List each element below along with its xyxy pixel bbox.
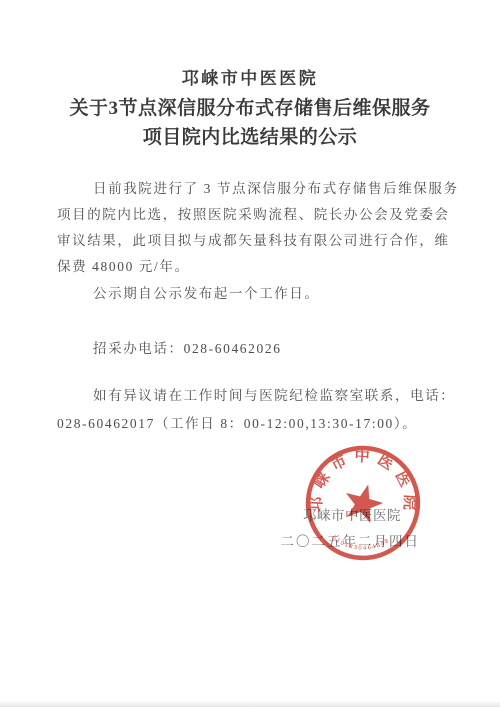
star-icon (340, 479, 387, 525)
body-text-line: 项目的院内比选，按照医院采购流程、院长办公会及党委会 (57, 202, 449, 228)
paragraph-objection-contact: 如有异议请在工作时间与医院纪检监察室联系，电话： 028-60462017（工作… (57, 382, 449, 438)
body-text-line: 保费 48000 元/年。 (57, 254, 449, 280)
hospital-name-title: 邛崃市中医医院 (0, 64, 500, 89)
page-edge-shadow (0, 701, 500, 707)
body-text-line: 如有异议请在工作时间与医院纪检监察室联系，电话： (57, 382, 449, 410)
notice-title-line-1: 关于3节点深信服分布式存储售后维保服务 (0, 93, 500, 120)
official-seal: 邛崃市中医医院 5101830464848 (299, 439, 427, 567)
paragraph-publicity-period: 公示期自公示发布起一个工作日。 (57, 281, 449, 307)
paragraph-selection-result: 日前我院进行了 3 节点深信服分布式存储售后维保服务 项目的院内比选，按照医院采… (57, 176, 449, 280)
body-text-line: 028-60462017（工作日 8：00-12:00,13:30-17:00）… (57, 410, 449, 438)
body-text-line: 日前我院进行了 3 节点深信服分布式存储售后维保服务 (57, 176, 449, 202)
paragraph-procurement-phone: 招采办电话：028-60462026 (57, 336, 449, 362)
body-text-line: 审议结果，此项目拟与成都矢量科技有限公司进行合作，维 (57, 228, 449, 254)
notice-title-line-2: 项目院内比选结果的公示 (0, 122, 500, 149)
document-page: 邛崃市中医医院 关于3节点深信服分布式存储售后维保服务 项目院内比选结果的公示 … (0, 0, 500, 707)
